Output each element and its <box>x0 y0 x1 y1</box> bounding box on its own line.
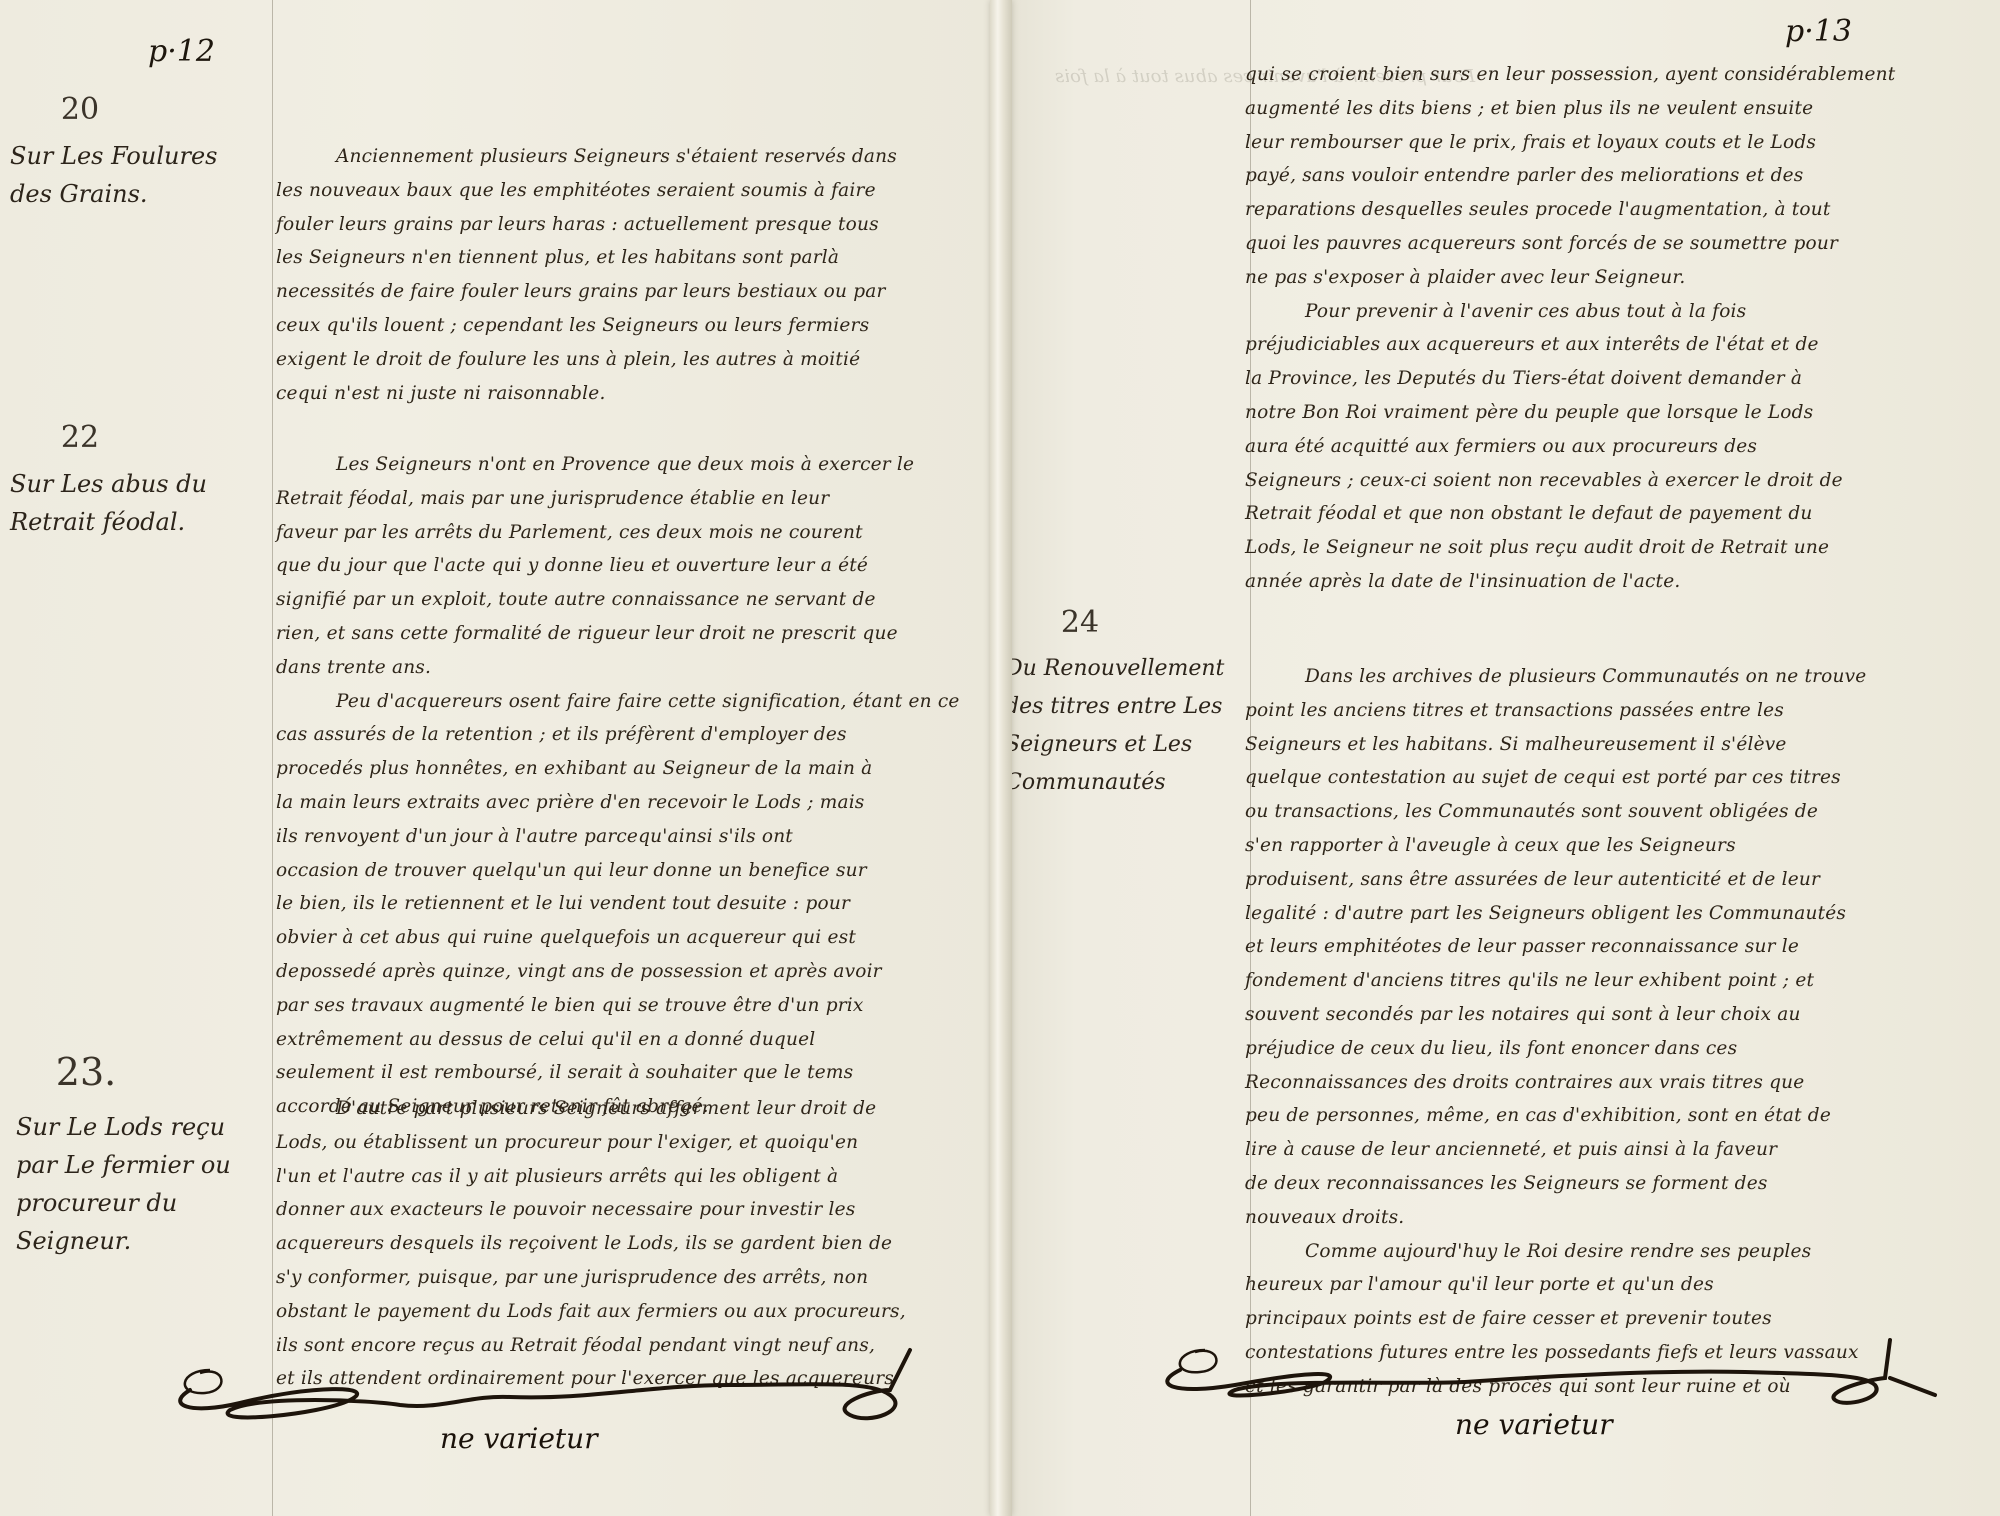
text-line: peu de personnes, même, en cas d'exhibit… <box>1245 1099 1866 1133</box>
text-line: nouveaux droits. <box>1245 1201 1866 1235</box>
text-line: qui se croient bien surs en leur possess… <box>1245 58 1895 92</box>
text-line: Lods, ou établissent un procureur pour l… <box>276 1126 906 1160</box>
text-line: quelque contestation au sujet de cequi e… <box>1245 761 1866 795</box>
page-number-left: p·12 <box>148 34 215 69</box>
article-23-margin: 23. Sur Le Lods reçu par Le fermier ou p… <box>16 1050 256 1260</box>
article-number: 22 <box>10 420 150 455</box>
article-title-line: des titres entre Les <box>1005 688 1245 726</box>
text-line: exigent le droit de foulure les uns à pl… <box>276 343 897 377</box>
text-line: cequi n'est ni juste ni raisonnable. <box>276 377 897 411</box>
text-line: Les Seigneurs n'ont en Provence que deux… <box>276 448 960 482</box>
text-line: Comme aujourd'huy le Roi desire rendre s… <box>1245 1235 1866 1269</box>
text-line: quoi les pauvres acquereurs sont forcés … <box>1245 227 1895 261</box>
text-line: augmenté les dits biens ; et bien plus i… <box>1245 92 1895 126</box>
text-line: préjudiciables aux acquereurs et aux int… <box>1245 328 1895 362</box>
text-line: lire à cause de leur ancienneté, et puis… <box>1245 1133 1866 1167</box>
text-line: occasion de trouver quelqu'un qui leur d… <box>276 854 960 888</box>
text-line: Seigneurs et les habitans. Si malheureus… <box>1245 728 1866 762</box>
text-line: signifié par un exploit, toute autre con… <box>276 583 960 617</box>
text-line: Pour prevenir à l'avenir ces abus tout à… <box>1245 295 1895 329</box>
text-line: le bien, ils le retiennent et le lui ven… <box>276 887 960 921</box>
article-number: 20 <box>10 92 150 127</box>
text-line: obstant le payement du Lods fait aux fer… <box>276 1295 906 1329</box>
text-line: Retrait féodal, mais par une jurispruden… <box>276 482 960 516</box>
article-title-line: des Grains. <box>10 175 250 213</box>
text-line: point les anciens titres et transactions… <box>1245 694 1866 728</box>
text-line: Peu d'acquereurs osent faire faire cette… <box>276 685 960 719</box>
text-line: legalité : d'autre part les Seigneurs ob… <box>1245 897 1866 931</box>
text-line: acquereurs desquels ils reçoivent le Lod… <box>276 1227 906 1261</box>
article-20-body: Anciennement plusieurs Seigneurs s'étaie… <box>276 140 897 410</box>
text-line: payé, sans vouloir entendre parler des m… <box>1245 159 1895 193</box>
text-line: les Seigneurs n'en tiennent plus, et les… <box>276 241 897 275</box>
article-title-line: Sur Le Lods reçu <box>16 1108 256 1146</box>
text-line: D'autre part plusieurs Seigneurs afferme… <box>276 1092 906 1126</box>
text-line: procedés plus honnêtes, en exhibant au S… <box>276 752 960 786</box>
article-title-line: Sur Les abus du <box>10 465 250 503</box>
ne-varietur-attestation-left: ne varietur <box>440 1422 598 1455</box>
article-title-line: Seigneurs et Les <box>1005 726 1245 764</box>
text-line: leur rembourser que le prix, frais et lo… <box>1245 126 1895 160</box>
text-line: l'un et l'autre cas il y ait plusieurs a… <box>276 1160 906 1194</box>
article-title-line: Communautés <box>1005 764 1245 802</box>
text-line: année après la date de l'insinuation de … <box>1245 565 1895 599</box>
text-line: s'y conformer, puisque, par une jurispru… <box>276 1261 906 1295</box>
text-line: heureux par l'amour qu'il leur porte et … <box>1245 1268 1866 1302</box>
text-line: la main leurs extraits avec prière d'en … <box>276 786 960 820</box>
text-line: reparations desquelles seules procede l'… <box>1245 193 1895 227</box>
text-line: faveur par les arrêts du Parlement, ces … <box>276 516 960 550</box>
text-line: Anciennement plusieurs Seigneurs s'étaie… <box>276 140 897 174</box>
text-line: extrêmement au dessus de celui qu'il en … <box>276 1023 960 1057</box>
text-line: de deux reconnaissances les Seigneurs se… <box>1245 1167 1866 1201</box>
article-24-margin: 24 Du Renouvellement des titres entre Le… <box>1005 605 1245 802</box>
text-line: cas assurés de la retention ; et ils pré… <box>276 718 960 752</box>
article-title-line: Retrait féodal. <box>10 503 250 541</box>
text-line: et leurs emphitéotes de leur passer reco… <box>1245 930 1866 964</box>
text-line: Lods, le Seigneur ne soit plus reçu audi… <box>1245 531 1895 565</box>
text-line: ils renvoyent d'un jour à l'autre parceq… <box>276 820 960 854</box>
text-line: préjudice de ceux du lieu, ils font enon… <box>1245 1032 1866 1066</box>
signature-flourish-icon <box>1145 1330 1975 1420</box>
text-line: aura été acquitté aux fermiers ou aux pr… <box>1245 430 1895 464</box>
left-margin-rule <box>272 0 273 1516</box>
article-title-line: par Le fermier ou <box>16 1146 256 1184</box>
continuation-body: qui se croient bien surs en leur possess… <box>1245 58 1895 599</box>
text-line: produisent, sans être assurées de leur a… <box>1245 863 1866 897</box>
book-gutter-fold <box>990 0 1012 1516</box>
article-number: 24 <box>1005 605 1155 640</box>
text-line: s'en rapporter à l'aveugle à ceux que le… <box>1245 829 1866 863</box>
article-20-margin: 20 Sur Les Foulures des Grains. <box>10 92 250 213</box>
article-title-line: Du Renouvellement <box>1005 650 1245 688</box>
text-line: notre Bon Roi vraiment père du peuple qu… <box>1245 396 1895 430</box>
text-line: ne pas s'exposer à plaider avec leur Sei… <box>1245 261 1895 295</box>
text-line: que du jour que l'acte qui y donne lieu … <box>276 549 960 583</box>
article-title-line: procureur du <box>16 1184 256 1222</box>
text-line: Dans les archives de plusieurs Communaut… <box>1245 660 1866 694</box>
ne-varietur-attestation-right: ne varietur <box>1455 1408 1613 1441</box>
left-page: p·12 20 Sur Les Foulures des Grains. Anc… <box>0 0 995 1516</box>
text-line: necessités de faire fouler leurs grains … <box>276 275 897 309</box>
right-page: Pour prevenir à l'avenir ces abus tout à… <box>995 0 2000 1516</box>
text-line: Seigneurs ; ceux-ci soient non recevable… <box>1245 464 1895 498</box>
text-line: dans trente ans. <box>276 651 960 685</box>
article-number: 23. <box>16 1050 156 1094</box>
text-line: la Province, les Deputés du Tiers-état d… <box>1245 362 1895 396</box>
text-line: depossedé après quinze, vingt ans de pos… <box>276 955 960 989</box>
article-22-margin: 22 Sur Les abus du Retrait féodal. <box>10 420 250 541</box>
article-title-line: Seigneur. <box>16 1222 256 1260</box>
article-22-body: Les Seigneurs n'ont en Provence que deux… <box>276 448 960 1124</box>
text-line: obvier à cet abus qui ruine quelquefois … <box>276 921 960 955</box>
text-line: rien, et sans cette formalité de rigueur… <box>276 617 960 651</box>
text-line: Reconnaissances des droits contraires au… <box>1245 1066 1866 1100</box>
text-line: ou transactions, les Communautés sont so… <box>1245 795 1866 829</box>
text-line: fouler leurs grains par leurs haras : ac… <box>276 208 897 242</box>
article-title-line: Sur Les Foulures <box>10 137 250 175</box>
text-line: fondement d'anciens titres qu'ils ne leu… <box>1245 964 1866 998</box>
text-line: seulement il est remboursé, il serait à … <box>276 1056 960 1090</box>
text-line: donner aux exacteurs le pouvoir necessai… <box>276 1193 906 1227</box>
article-24-body: Dans les archives de plusieurs Communaut… <box>1245 660 1866 1404</box>
text-line: par ses travaux augmenté le bien qui se … <box>276 989 960 1023</box>
text-line: les nouveaux baux que les emphitéotes se… <box>276 174 897 208</box>
text-line: souvent secondés par les notaires qui so… <box>1245 998 1866 1032</box>
page-number-right: p·13 <box>1785 14 1852 49</box>
text-line: Retrait féodal et que non obstant le def… <box>1245 497 1895 531</box>
text-line: ceux qu'ils louent ; cependant les Seign… <box>276 309 897 343</box>
